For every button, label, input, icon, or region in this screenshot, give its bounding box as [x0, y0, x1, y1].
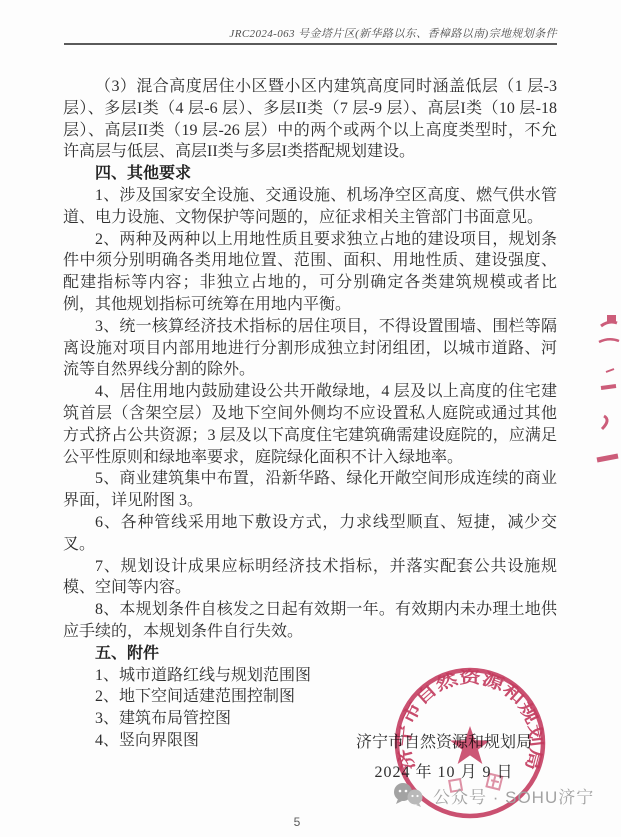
paragraph: 4、居住用地内鼓励建设公共开敞绿地，4 层及以上高度的住宅建筑首层（含架空层）及… [63, 381, 557, 468]
paragraph: 8、本规划条件自核发之日起有效期一年。有效期内未办理土地供应手续的，本规划条件自… [63, 599, 557, 643]
document-body: （3）混合高度居住小区暨小区内建筑高度同时涵盖低层（1 层-3 层）、多层I类（… [63, 76, 557, 752]
paragraph: 3、统一核算经济技术指标的居住项目，不得设置围墙、围栏等隔离设施对项目内部用地进… [63, 316, 557, 381]
signature-block: 济宁市自然资源和规划局 2024 年 10 月 9 日 [356, 733, 532, 783]
document-page: JRC2024-063 号金塔片区(新华路以东、香樟路以南)宗地规划条件 （3）… [0, 0, 621, 837]
paragraph: 2、两种及两种以上用地性质且要求独立占地的建设项目，规划条件中须分别明确各类用地… [63, 229, 557, 316]
section-heading: 四、其他要求 [63, 163, 557, 185]
attachment-item: 1、城市道路红线与规划范围图 [63, 665, 557, 687]
watermark: 公众号 · SOHU济宁 [392, 782, 594, 808]
paragraph: （3）混合高度居住小区暨小区内建筑高度同时涵盖低层（1 层-3 层）、多层I类（… [63, 76, 557, 163]
header-divider [64, 43, 557, 45]
signature-issuer: 济宁市自然资源和规划局 [356, 733, 532, 753]
paragraph: 6、各种管线采用地下敷设方式，力求线型顺直、短捷，减少交叉。 [63, 512, 557, 556]
section-heading: 五、附件 [63, 643, 557, 665]
watermark-text: 公众号 · SOHU济宁 [433, 783, 594, 808]
attachment-item: 2、地下空间适建范围控制图 [63, 686, 557, 708]
paragraph: 7、规划设计成果应标明经济技术指标，并落实配套公共设施规模、空间等内容。 [63, 556, 557, 600]
edge-seal-fragment [581, 312, 621, 482]
page-number: 5 [0, 815, 594, 829]
signature-date: 2024 年 10 月 9 日 [356, 763, 532, 783]
document-header-title: JRC2024-063 号金塔片区(新华路以东、香樟路以南)宗地规划条件 [229, 25, 557, 41]
chat-bubbles-icon [392, 782, 426, 808]
paragraph: 5、商业建筑集中布置，沿新华路、绿化开敞空间形成连续的商业界面，详见附图 3。 [63, 468, 557, 512]
paragraph: 1、涉及国家安全设施、交通设施、机场净空区高度、燃气供水管道、电力设施、文物保护… [63, 185, 557, 229]
attachment-item: 3、建筑布局管控图 [63, 708, 557, 730]
